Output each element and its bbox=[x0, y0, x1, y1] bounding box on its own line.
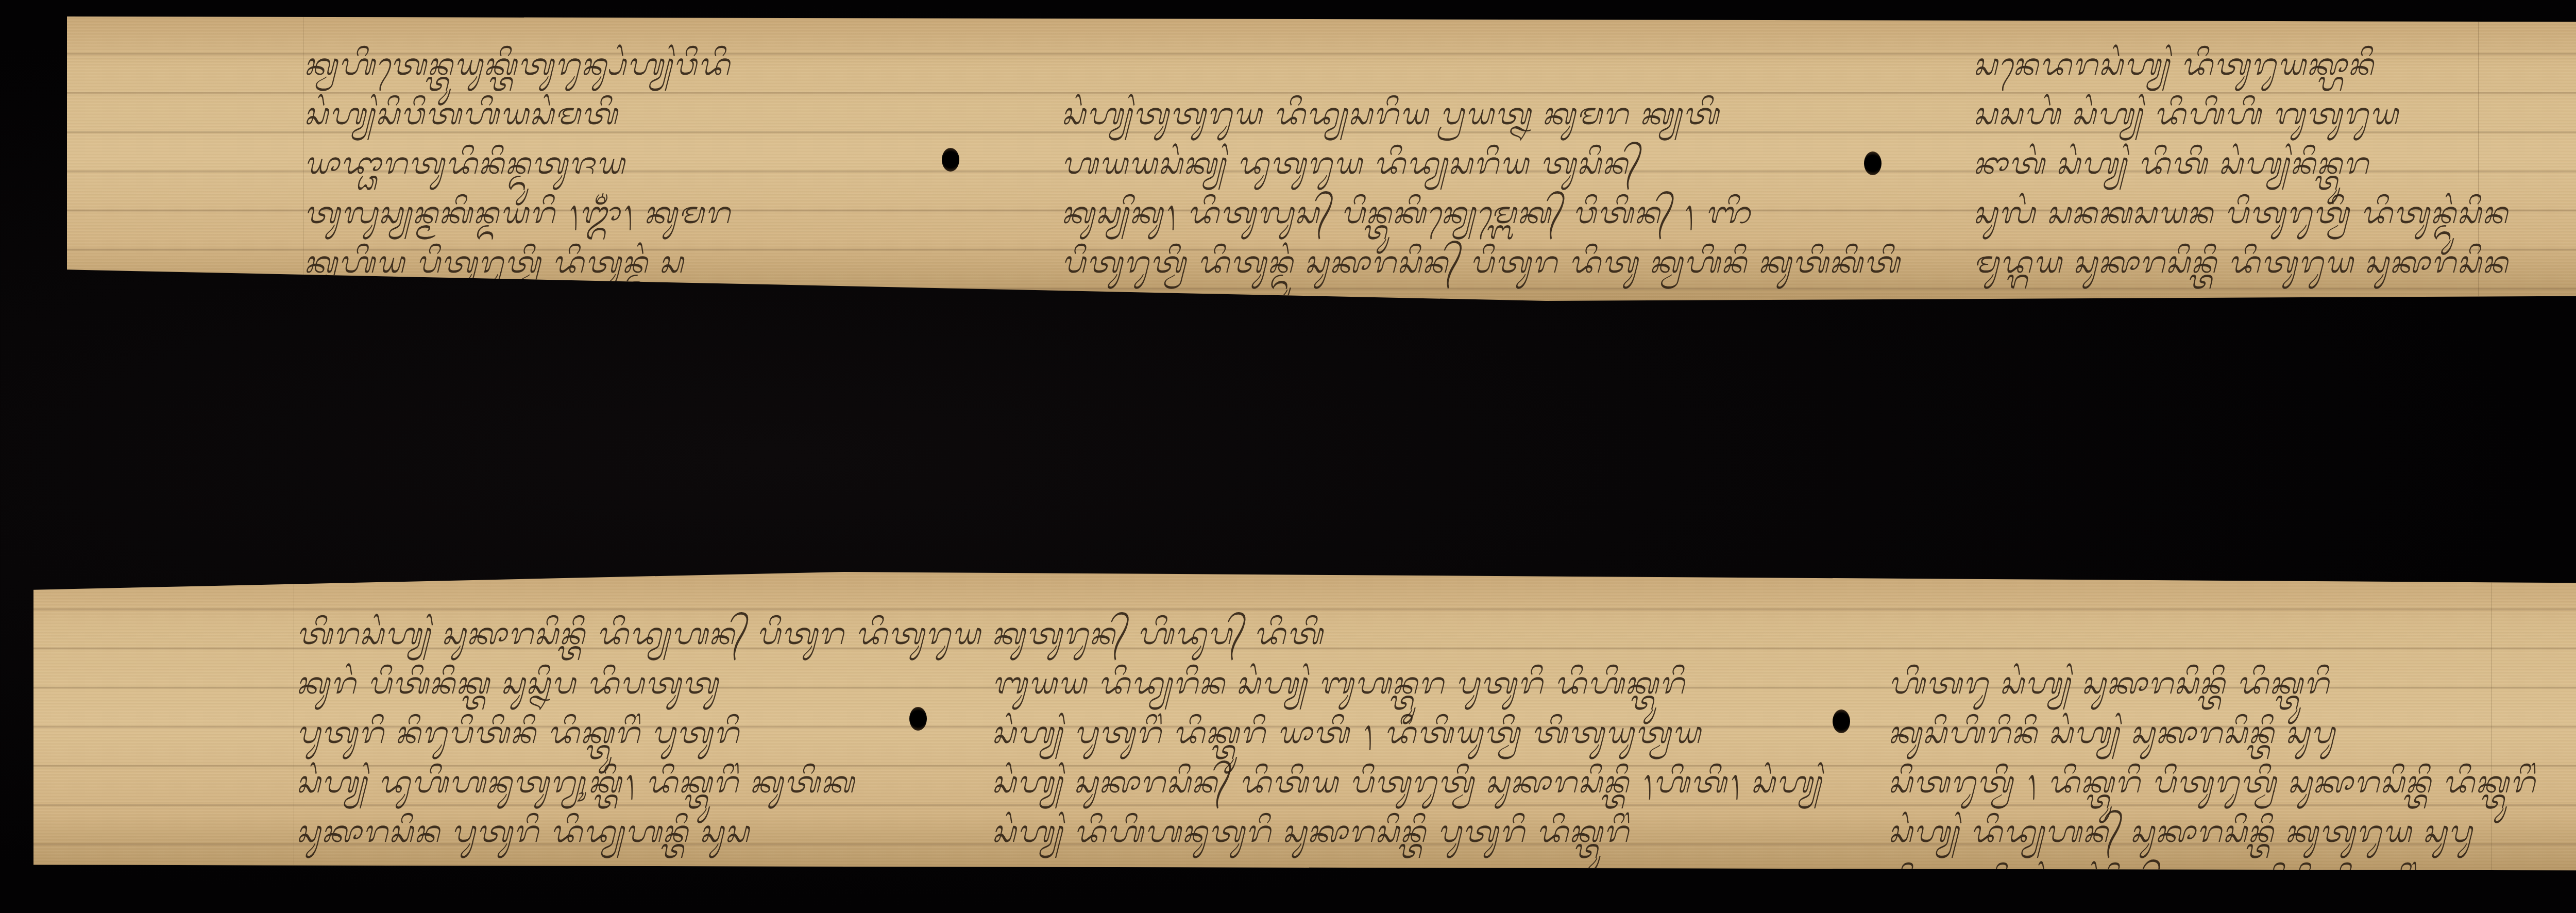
script-line: ᬦᬵᬢᬂ ᬲᬂᬳ᭄ᬬᬂ ᬤᬶᬢᬶ ᬲᬂᬳ᭄ᬬᬂᬦᬶᬦ᭄ᬢᬸᬭ bbox=[1973, 139, 2509, 188]
script-line: ᬲᬂᬳ᭄ᬬᬂ ᬧᬸᬢᬸᬭᬶᬂ ᬤᬶᬓ᭄ᬢᬸᬭᬶ ᬬᬵᬢᬶ ᭞ ᬤᬶᬢᬶᬬᬸᬢ᭄ᬯ… bbox=[992, 708, 1822, 757]
script-line: ᬢᬸᬮᬸᬲ᭄ᬬᬦ᭄ᬫᬓᬶᬦ᭄ᬤᬬᬭᬶ ᭞ᬒᬁ᭞ ᬓᬸᬫᬭ bbox=[304, 188, 731, 238]
script-line: ᬓᬸᬲᬶᬳᬶᬭᬶᬦᬶ ᬲᬂᬳ᭄ᬬᬂ ᬲᬸᬓᬵᬭᬲᬶᬦ᭄ᬢᬶ ᬲᬸᬧᬸ bbox=[1888, 708, 2536, 757]
script-line: ᬩᬸᬬᬬ ᬤᬶᬤ᭄ᬬᬭᬶᬦ ᬲᬂᬳ᭄ᬬᬂ ᬩᬸᬳᬦ᭄ᬢᬸᬭ ᬧᬸᬢᬸᬭᬶ ᬤᬶᬳ… bbox=[992, 658, 1822, 708]
script-line: ᬲᬂᬳ᭄ᬬᬂ ᬤᬶᬳᬶᬳᬦᬸᬢᬸᬭᬶ ᬲᬸᬓᬵᬭᬲᬶᬦ᭄ᬢᬶ ᬧᬸᬢᬸᬭᬶ ᬤᬶ… bbox=[992, 807, 1822, 856]
script-line: ᬳᬬᬬᬲᬂᬓ᭄ᬬᬂ ᬤᬸᬢᬸᬭᬸᬬ ᬤᬶᬤ᭄ᬬᬲᬭᬶᬬ ᬢᬸᬲᬶᬦ᭄ bbox=[1061, 139, 1901, 188]
script-line: ᬓ᭄ᬯᬳᬶᬬ ᬧᬶᬢᬸᬭᬸᬢ᭄ᬯᬶ ᬤᬶᬢᬸᬦ᭄ᬤᬸᬂ ᬲ bbox=[304, 238, 731, 287]
script-line: ᬲᬶᬢᬭᬸᬢ᭄ᬯᬶ ᭞ ᬤᬶᬓ᭄ᬢᬸᬭᬶ ᬧᬶᬢᬸᬭᬸᬢ᭄ᬯᬶ ᬲᬸᬓᬵᬭᬲᬶᬦ… bbox=[1888, 757, 2536, 807]
string-hole-left bbox=[942, 148, 959, 172]
text-block-right: ᬳᬶᬢᬭᬸ ᬲᬂᬳ᭄ᬬᬂ ᬲᬸᬓᬵᬭᬲᬶᬦ᭄ᬢᬶ ᬤᬶᬓ᭄ᬢᬸᬭᬶ ᬓᬸᬲᬶᬳᬶ… bbox=[1888, 658, 2536, 871]
left-margin-rule bbox=[303, 16, 303, 301]
script-line: ᬲᬂᬳ᭄ᬬᬂᬢᬸᬢᬸᬭᬸᬬ ᬤᬶᬤ᭄ᬬᬲᬭᬶᬬ ᬧ᭄ᬭᬬᬢ᭄ᬦ ᬓᬸᬫᬭ ᬓ᭄ᬬ… bbox=[1061, 89, 1901, 139]
text-block-middle: ᬲᬂᬳ᭄ᬬᬂᬢᬸᬢᬸᬭᬸᬬ ᬤᬶᬤ᭄ᬬᬲᬭᬶᬬ ᬧ᭄ᬭᬬᬢ᭄ᬦ ᬓᬸᬫᬭ ᬓ᭄ᬬ… bbox=[1061, 89, 1901, 287]
script-line: ᬓᬸᬲ᭄ᬬᬶᬓᬸ᭞ ᬤᬶᬢᬸᬮᬸᬲ᭄ ᬧᬶᬦ᭄ᬢᬸᬓᬶᬦ᭄ᬬᬾᬫ᭄ᬩᬾᬓ᭄ ᬯᬶ… bbox=[1061, 188, 1901, 238]
string-hole-left bbox=[909, 707, 927, 731]
script-line: ᬬᬵᬤ᭄ᬥᬵᬭᬢᬸᬤᬶᬦᬶᬦ᭄ᬤᬸᬢᬸᬚᬬ bbox=[304, 139, 731, 188]
script-line: ᬳᬶᬢᬭᬸ ᬲᬂᬳ᭄ᬬᬂ ᬲᬸᬓᬵᬭᬲᬶᬦ᭄ᬢᬶ ᬤᬶᬓ᭄ᬢᬸᬭᬶ bbox=[1888, 658, 2536, 708]
script-line: ᬲᬲᬳᬂ ᬲᬂᬳ᭄ᬬᬂ ᬤᬶᬳᬶᬳᬶ ᬕᬸᬢᬸᬭᬸᬬ bbox=[1973, 89, 2509, 139]
text-block-right: ᬲᬦᬾᬤᬭᬲᬂᬳ᭄ᬬᬂ ᬤᬶᬢᬸᬭᬸᬬᬓ᭄ᬳᬵᬦᬶ ᬲᬲᬳᬂ ᬲᬂᬳ᭄ᬬᬂ ᬤᬶ… bbox=[1973, 40, 2509, 287]
text-block-left: ᬓ᭄ᬯᬳᬶᬢᬾᬦ᭄ᬢᬸᬬᬸᬓ᭄ᬢᬶᬢᬸᬭᬸᬦ᭄ᬲᬂᬳ᭄ᬬᬂᬯᬶᬤᬶ ᬲᬂᬳ᭄ᬬᬂ… bbox=[304, 40, 731, 287]
palm-leaf-manuscript-top: ᬓ᭄ᬯᬳᬶᬢᬾᬦ᭄ᬢᬸᬬᬸᬓ᭄ᬢᬶᬢᬸᬭᬸᬦ᭄ᬲᬂᬳ᭄ᬬᬂᬯᬶᬤᬶ ᬲᬂᬳ᭄ᬬᬂ… bbox=[67, 16, 2576, 301]
script-line: ᬲᬸᬮᬂ ᬲᬦᬓᬲᬬᬦ ᬧᬶᬢᬸᬭᬸᬢ᭄ᬯᬶ ᬤᬶᬢᬸᬦ᭄ᬤᬸᬂᬲᬶᬦ bbox=[1973, 188, 2509, 238]
script-line: ᬲᬦᬾᬤᬭᬲᬂᬳ᭄ᬬᬂ ᬤᬶᬢᬸᬭᬸᬬᬓ᭄ᬳᬵᬦᬶ bbox=[1973, 40, 2509, 89]
palm-leaf-manuscript-bottom: ᬢᬶᬭᬲᬂᬳ᭄ᬬᬂ ᬲᬸᬓᬵᬭᬲᬶᬦ᭄ᬢᬶ ᬤᬶᬤ᭄ᬬᬳᬦ᭄ ᬧᬶᬢᬸᬭ ᬤᬶᬢ… bbox=[33, 572, 2576, 871]
script-line: ᬧᬶᬢᬸᬭᬸᬢ᭄ᬯᬶ ᬲᬂᬳ᭄ᬬᬂᬲᬶᬦ᭄ ᬲᬸᬓᬵᬭᬲᬶᬦ᭄ᬢᬶ ᬤᬶᬓ᭄ᬢᬸ… bbox=[1888, 856, 2536, 871]
text-block-middle: ᬩᬸᬬᬬ ᬤᬶᬤ᭄ᬬᬭᬶᬦ ᬲᬂᬳ᭄ᬬᬂ ᬩᬸᬳᬦ᭄ᬢᬸᬭ ᬧᬸᬢᬸᬭᬶ ᬤᬶᬳ… bbox=[992, 658, 1822, 856]
script-line: ᬢᬶᬭᬲᬂᬳ᭄ᬬᬂ ᬲᬸᬓᬵᬭᬲᬶᬦ᭄ᬢᬶ ᬤᬶᬤ᭄ᬬᬳᬦ᭄ ᬧᬶᬢᬸᬭ ᬤᬶᬢ… bbox=[296, 609, 1324, 658]
script-line: ᬲᬂᬳ᭄ᬬᬂ ᬲᬸᬓᬵᬭᬲᬶᬦ᭄ ᬤᬶᬢᬶᬬ ᬧᬶᬢᬸᬭᬸᬢ᭄ᬯᬶ ᬲᬸᬓᬵᬭᬲ… bbox=[992, 757, 1822, 807]
script-line: ᬧᬶᬢᬸᬭᬸᬢ᭄ᬯᬶ ᬤᬶᬢᬸᬦ᭄ᬤᬸᬂ ᬲᬸᬓᬵᬭᬲᬶᬦ᭄ ᬧᬶᬢᬸᬭ ᬤᬶᬢ… bbox=[1061, 238, 1901, 287]
script-line: ᬓ᭄ᬯᬳᬶᬢᬾᬦ᭄ᬢᬸᬬᬸᬓ᭄ᬢᬶᬢᬸᬭᬸᬦ᭄ᬲᬂᬳ᭄ᬬᬂᬯᬶᬤᬶ bbox=[304, 40, 731, 89]
string-hole-right bbox=[1864, 151, 1882, 175]
script-line: ᬲᬂᬳ᭄ᬬᬂ ᬤᬶᬤ᭄ᬬᬳᬦ᭄ ᬲᬸᬓᬵᬭᬲᬶᬦ᭄ᬢᬶ ᬓᬸᬢᬸᬭᬸᬬ ᬲᬸᬧᬸ bbox=[1888, 807, 2536, 856]
script-line: ᬲᬂᬳ᭄ᬬᬂᬲᬶᬯᬶᬢᬳᬶᬬᬲᬂᬫᬢᬶ bbox=[304, 89, 731, 139]
string-hole-right bbox=[1833, 709, 1850, 733]
left-margin-rule bbox=[294, 572, 294, 871]
script-line: ᬫᬸᬤ᭄ᬕᬬ ᬲᬸᬓᬵᬭᬲᬶᬦ᭄ᬢᬶ ᬤᬶᬢᬸᬭᬸᬬ ᬲᬸᬓᬵᬭᬲᬶᬦ bbox=[1973, 238, 2509, 287]
